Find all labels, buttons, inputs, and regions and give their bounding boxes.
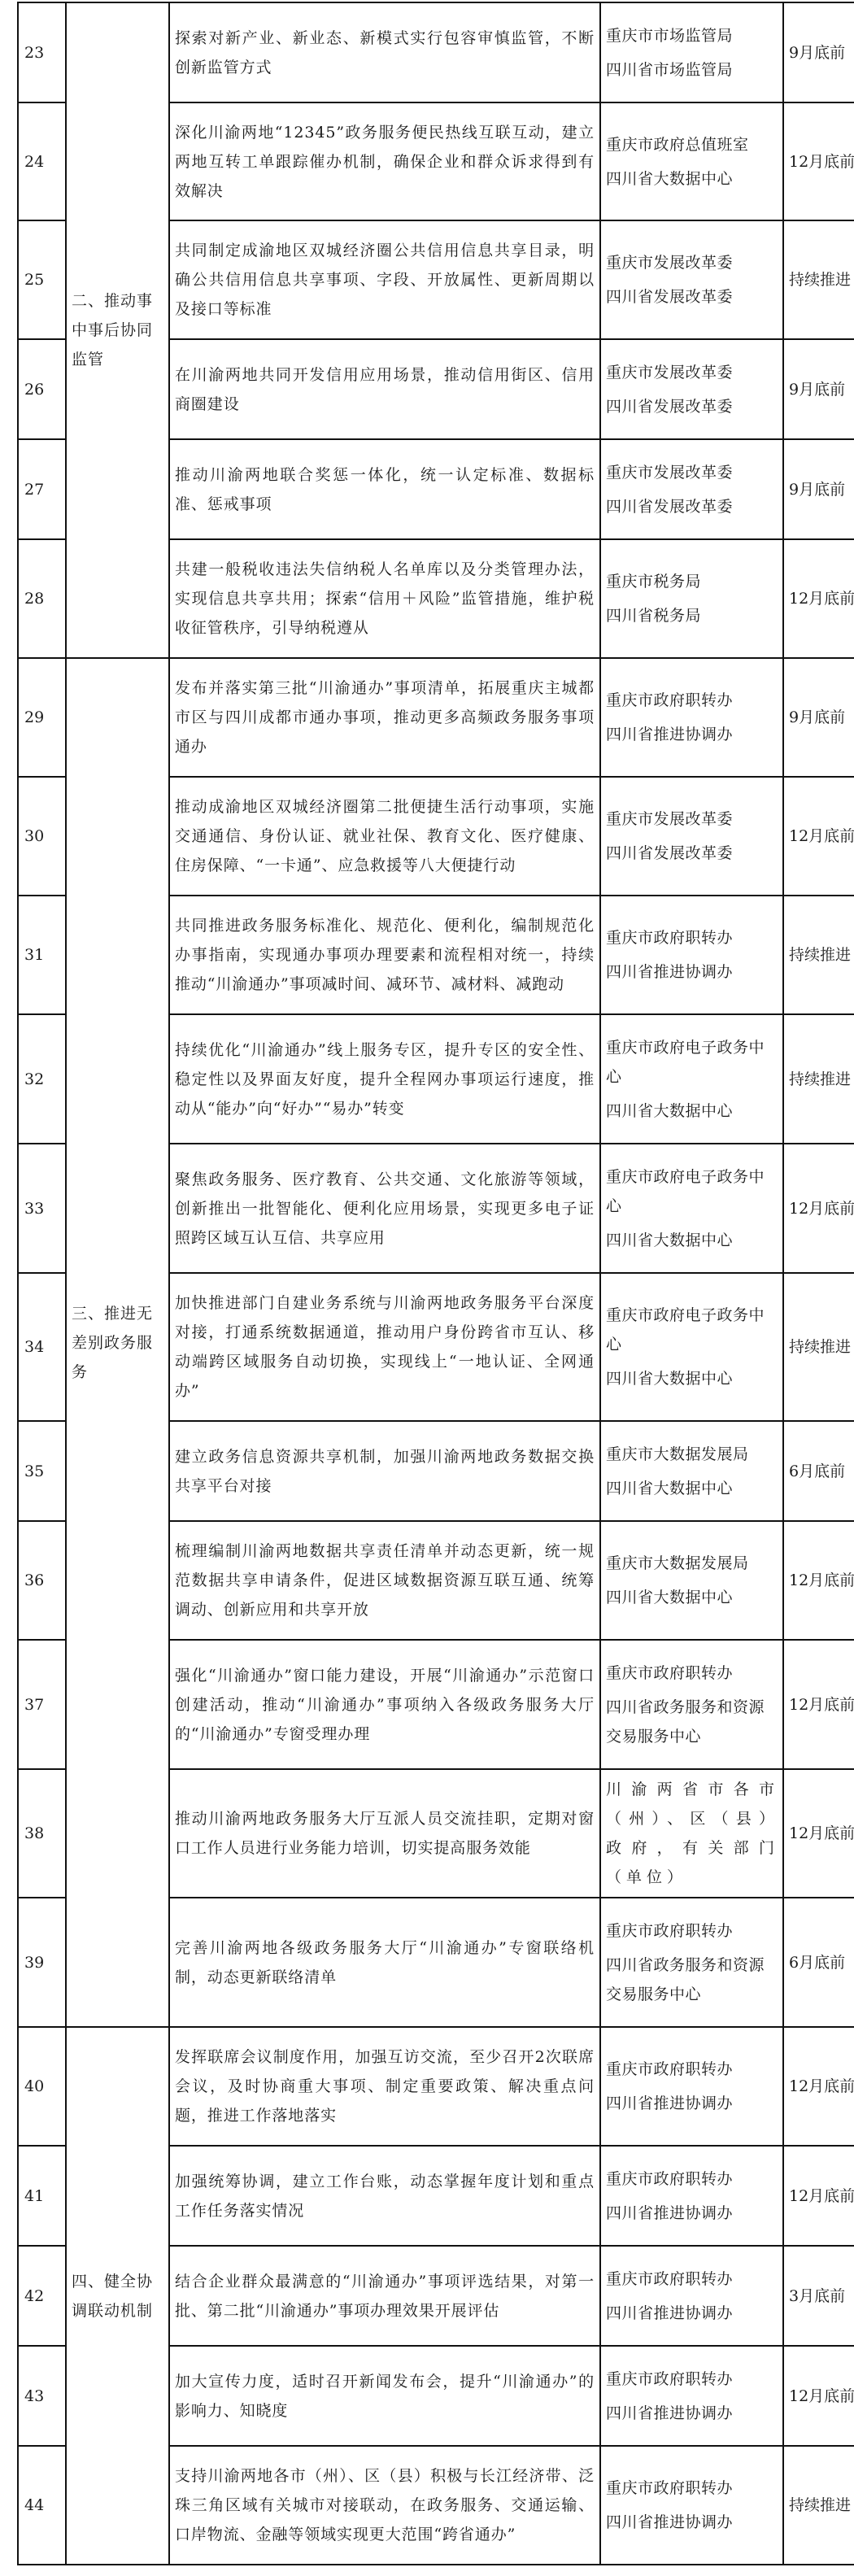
responsible-unit: 重庆市政府职转办: [606, 686, 779, 715]
responsible-unit: 四川省推进协调办: [606, 2089, 779, 2118]
responsible-unit: 重庆市政府职转办: [606, 2264, 779, 2294]
deadline: 持续推进: [783, 1273, 854, 1421]
row-number: 27: [18, 439, 66, 539]
row-number: 43: [18, 2346, 66, 2446]
responsible-units: 重庆市发展改革委四川省发展改革委: [600, 777, 783, 896]
task-description: 持续优化“川渝通办”线上服务专区，提升专区的安全性、稳定性以及界面友好度，提升全…: [169, 1014, 600, 1144]
deadline: 6月底前: [783, 1421, 854, 1521]
row-number: 30: [18, 777, 66, 896]
deadline: 12月底前: [783, 539, 854, 658]
responsible-unit: 重庆市政府职转办: [606, 2365, 779, 2394]
responsible-units: 重庆市政府职转办四川省推进协调办: [600, 2027, 783, 2146]
responsible-unit: 四川省税务局: [606, 601, 779, 630]
task-description: 梳理编制川渝两地数据共享责任清单并动态更新，统一规范数据共享申请条件，促进区域数…: [169, 1521, 600, 1640]
responsible-unit: 重庆市发展改革委: [606, 358, 779, 387]
responsible-unit: 四川省大数据中心: [606, 1364, 779, 1393]
responsible-unit: 四川省大数据中心: [606, 164, 779, 194]
responsible-unit: 四川省推进协调办: [606, 720, 779, 749]
task-description: 发挥联席会议制度作用，加强互访交流，至少召开2次联席会议，及时协商重大事项、制定…: [169, 2027, 600, 2146]
responsible-unit: 重庆市政府职转办: [606, 1916, 779, 1946]
responsible-unit: 重庆市市场监管局: [606, 21, 779, 50]
responsible-units: 重庆市政府职转办四川省推进协调办: [600, 2246, 783, 2346]
task-table-body: 23二、推动事中事后协同监管探索对新产业、新业态、新模式实行包容审慎监管，不断创…: [18, 2, 854, 2565]
responsible-unit: 四川省发展改革委: [606, 282, 779, 312]
responsible-units: 重庆市政府职转办四川省推进协调办: [600, 2146, 783, 2246]
deadline: 持续推进: [783, 2446, 854, 2565]
category-cell: 四、健全协调联动机制: [66, 2027, 169, 2565]
row-number: 33: [18, 1144, 66, 1273]
responsible-units: 川渝两省市各市（州）、区（县）政府，有关部门（单位）: [600, 1769, 783, 1898]
deadline: 12月底前: [783, 1144, 854, 1273]
deadline: 12月底前: [783, 2146, 854, 2246]
task-description: 共同推进政务服务标准化、规范化、便利化，编制规范化办事指南，实现通办事项办理要素…: [169, 896, 600, 1014]
responsible-units: 重庆市大数据发展局四川省大数据中心: [600, 1421, 783, 1521]
responsible-unit: 重庆市发展改革委: [606, 458, 779, 487]
responsible-unit: 四川省政务服务和资源交易服务中心: [606, 1951, 779, 2009]
responsible-unit: 四川省发展改革委: [606, 392, 779, 421]
responsible-unit: 四川省大数据中心: [606, 1583, 779, 1612]
deadline: 3月底前: [783, 2246, 854, 2346]
responsible-unit: 重庆市政府总值班室: [606, 130, 779, 159]
responsible-units: 重庆市大数据发展局四川省大数据中心: [600, 1521, 783, 1640]
table-row: 23二、推动事中事后协同监管探索对新产业、新业态、新模式实行包容审慎监管，不断创…: [18, 2, 854, 102]
responsible-units: 重庆市政府电子政务中心四川省大数据中心: [600, 1273, 783, 1421]
task-description: 深化川渝两地“12345”政务服务便民热线互联互动，建立两地互转工单跟踪催办机制…: [169, 102, 600, 220]
row-number: 40: [18, 2027, 66, 2146]
deadline: 持续推进: [783, 1014, 854, 1144]
deadline: 12月底前: [783, 102, 854, 220]
deadline: 持续推进: [783, 896, 854, 1014]
responsible-unit: 重庆市大数据发展局: [606, 1549, 779, 1578]
responsible-unit: 重庆市税务局: [606, 567, 779, 596]
responsible-unit: 四川省推进协调办: [606, 2299, 779, 2328]
row-number: 29: [18, 658, 66, 777]
responsible-units: 重庆市政府职转办四川省推进协调办: [600, 2346, 783, 2446]
task-description: 探索对新产业、新业态、新模式实行包容审慎监管，不断创新监管方式: [169, 2, 600, 102]
category-cell: 二、推动事中事后协同监管: [66, 2, 169, 658]
deadline: 12月底前: [783, 1521, 854, 1640]
deadline: 12月底前: [783, 1769, 854, 1898]
deadline: 12月底前: [783, 2346, 854, 2446]
task-description: 加快推进部门自建业务系统与川渝两地政务服务平台深度对接，打通系统数据通道，推动用…: [169, 1273, 600, 1421]
responsible-unit: 重庆市政府职转办: [606, 2474, 779, 2503]
responsible-unit: 四川省政务服务和资源交易服务中心: [606, 1693, 779, 1751]
responsible-units: 重庆市市场监管局四川省市场监管局: [600, 2, 783, 102]
table-row: 40四、健全协调联动机制发挥联席会议制度作用，加强互访交流，至少召开2次联席会议…: [18, 2027, 854, 2146]
task-description: 在川渝两地共同开发信用应用场景，推动信用街区、信用商圈建设: [169, 339, 600, 439]
task-description: 支持川渝两地各市（州）、区（县）积极与长江经济带、泛珠三角区域有关城市对接联动，…: [169, 2446, 600, 2565]
responsible-unit: 重庆市发展改革委: [606, 248, 779, 277]
responsible-units: 重庆市发展改革委四川省发展改革委: [600, 339, 783, 439]
task-description: 结合企业群众最满意的“川渝通办”事项评选结果，对第一批、第二批“川渝通办”事项办…: [169, 2246, 600, 2346]
responsible-unit: 四川省大数据中心: [606, 1474, 779, 1503]
responsible-unit: 重庆市政府职转办: [606, 2055, 779, 2084]
responsible-units: 重庆市政府职转办四川省推进协调办: [600, 896, 783, 1014]
deadline: 6月底前: [783, 1898, 854, 2027]
row-number: 41: [18, 2146, 66, 2246]
task-description: 发布并落实第三批“川渝通办”事项清单，拓展重庆主城都市区与四川成都市通办事项，推…: [169, 658, 600, 777]
responsible-unit: 四川省市场监管局: [606, 55, 779, 85]
responsible-units: 重庆市发展改革委四川省发展改革委: [600, 220, 783, 339]
deadline: 12月底前: [783, 2027, 854, 2146]
row-number: 36: [18, 1521, 66, 1640]
responsible-unit: 重庆市发展改革委: [606, 804, 779, 834]
row-number: 42: [18, 2246, 66, 2346]
responsible-unit: 四川省推进协调办: [606, 957, 779, 987]
deadline: 9月底前: [783, 339, 854, 439]
row-number: 39: [18, 1898, 66, 2027]
responsible-unit: 四川省推进协调办: [606, 2399, 779, 2428]
responsible-unit: 四川省推进协调办: [606, 2508, 779, 2537]
responsible-unit: 四川省大数据中心: [606, 1226, 779, 1255]
task-description: 完善川渝两地各级政务服务大厅“川渝通办”专窗联络机制，动态更新联络清单: [169, 1898, 600, 2027]
responsible-units: 重庆市政府职转办四川省推进协调办: [600, 2446, 783, 2565]
category-cell: 三、推进无差别政务服务: [66, 658, 169, 2027]
responsible-units: 重庆市政府电子政务中心四川省大数据中心: [600, 1014, 783, 1144]
responsible-units: 重庆市税务局四川省税务局: [600, 539, 783, 658]
responsible-unit: 重庆市政府职转办: [606, 2164, 779, 2194]
deadline: 9月底前: [783, 658, 854, 777]
responsible-units: 重庆市政府职转办四川省推进协调办: [600, 658, 783, 777]
deadline: 9月底前: [783, 2, 854, 102]
row-number: 35: [18, 1421, 66, 1521]
row-number: 38: [18, 1769, 66, 1898]
responsible-unit: 四川省发展改革委: [606, 839, 779, 868]
responsible-units: 重庆市政府电子政务中心四川省大数据中心: [600, 1144, 783, 1273]
row-number: 23: [18, 2, 66, 102]
responsible-unit: 川渝两省市各市（州）、区（县）政府，有关部门（单位）: [606, 1775, 779, 1892]
row-number: 34: [18, 1273, 66, 1421]
table-row: 29三、推进无差别政务服务发布并落实第三批“川渝通办”事项清单，拓展重庆主城都市…: [18, 658, 854, 777]
task-description: 聚焦政务服务、医疗教育、公共交通、文化旅游等领域，创新推出一批智能化、便利化应用…: [169, 1144, 600, 1273]
responsible-unit: 重庆市政府职转办: [606, 1658, 779, 1688]
responsible-unit: 重庆市政府职转办: [606, 923, 779, 952]
responsible-units: 重庆市政府职转办四川省政务服务和资源交易服务中心: [600, 1640, 783, 1769]
responsible-unit: 重庆市大数据发展局: [606, 1440, 779, 1469]
responsible-unit: 重庆市政府电子政务中心: [606, 1033, 779, 1092]
row-number: 31: [18, 896, 66, 1014]
row-number: 37: [18, 1640, 66, 1769]
deadline: 持续推进: [783, 220, 854, 339]
task-description: 推动成渝地区双城经济圈第二批便捷生活行动事项，实施交通通信、身份认证、就业社保、…: [169, 777, 600, 896]
row-number: 25: [18, 220, 66, 339]
task-description: 加强统筹协调，建立工作台账，动态掌握年度计划和重点工作任务落实情况: [169, 2146, 600, 2246]
row-number: 32: [18, 1014, 66, 1144]
responsible-unit: 重庆市政府电子政务中心: [606, 1301, 779, 1359]
deadline: 12月底前: [783, 1640, 854, 1769]
task-description: 共同制定成渝地区双城经济圈公共信用信息共享目录，明确公共信用信息共享事项、字段、…: [169, 220, 600, 339]
responsible-unit: 重庆市政府电子政务中心: [606, 1162, 779, 1221]
deadline: 12月底前: [783, 777, 854, 896]
task-description: 推动川渝两地政务服务大厅互派人员交流挂职，定期对窗口工作人员进行业务能力培训，切…: [169, 1769, 600, 1898]
task-description: 强化“川渝通办”窗口能力建设，开展“川渝通办”示范窗口创建活动，推动“川渝通办”…: [169, 1640, 600, 1769]
row-number: 28: [18, 539, 66, 658]
responsible-unit: 四川省发展改革委: [606, 492, 779, 521]
row-number: 24: [18, 102, 66, 220]
deadline: 9月底前: [783, 439, 854, 539]
task-description: 加大宣传力度，适时召开新闻发布会，提升“川渝通办”的影响力、知晓度: [169, 2346, 600, 2446]
task-description: 共建一般税收违法失信纳税人名单库以及分类管理办法，实现信息共享共用；探索“信用＋…: [169, 539, 600, 658]
responsible-units: 重庆市发展改革委四川省发展改革委: [600, 439, 783, 539]
responsible-unit: 四川省推进协调办: [606, 2199, 779, 2228]
task-description: 建立政务信息资源共享机制，加强川渝两地政务数据交换共享平台对接: [169, 1421, 600, 1521]
task-table: 23二、推动事中事后协同监管探索对新产业、新业态、新模式实行包容审慎监管，不断创…: [17, 2, 854, 2565]
task-description: 推动川渝两地联合奖惩一体化，统一认定标准、数据标准、惩戒事项: [169, 439, 600, 539]
responsible-unit: 四川省大数据中心: [606, 1096, 779, 1126]
row-number: 44: [18, 2446, 66, 2565]
responsible-units: 重庆市政府职转办四川省政务服务和资源交易服务中心: [600, 1898, 783, 2027]
responsible-units: 重庆市政府总值班室四川省大数据中心: [600, 102, 783, 220]
row-number: 26: [18, 339, 66, 439]
